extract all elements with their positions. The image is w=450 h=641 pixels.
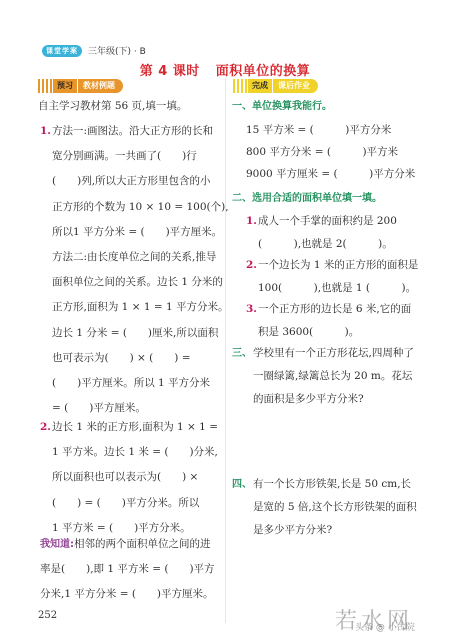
part2-q2: 一个边长为 1 米的正方形的面积是 100( ),也就是 1 ( )。 [258,259,418,295]
stripes-decoration [233,79,247,93]
q1-line: 方法二:由长度单位之间的关系,推导 [52,251,229,264]
part2-q3: 一个正方形的边长是 6 米,它的面 积是 3600( )。 [258,303,411,339]
stripes-decoration [38,79,52,93]
q2-line: ( ) = ( )平方分米。所以 [52,497,218,510]
series-badge: 课堂学案 [42,45,82,57]
q2-line: 1 平方米 = ( )平方分米。 [52,522,218,535]
q2-line: 所以面积也可以表示为( ) × [52,471,218,484]
q2-body: 边长 1 米的正方形,面积为 1 × 1 = 1 平方米。边长 1 米 = ( … [52,421,218,535]
page-title: 第 4 课时面积单位的换算 [0,60,450,79]
q2-line: 边长 1 米的正方形,面积为 1 × 1 = [52,421,218,434]
q2-number: 2. [40,421,51,434]
q1-line: ( )平方厘米。所以 1 平方分米 [52,377,229,390]
complete-tag: 完成 [247,78,273,94]
know-line: 分米,1 平方分米 = ( )平方厘米。 [40,588,215,601]
part3-body: 学校里有一个正方形花坛,四周种了 一圈绿篱,绿篱总长为 20 m。花坛 的面积是… [253,347,414,406]
conversion-item: 15 平方米 = ( )平方分米 [246,124,415,137]
q1-number: 1. [40,125,51,138]
homework-tag: 课后作业 [273,79,318,93]
conversion-item: 9000 平方厘米 = ( )平方分米 [246,168,415,181]
part2-q1: 成人一个手掌的面积约是 200 ( ),也就是 2( )。 [258,215,397,251]
q2-line: 1 平方米。边长 1 米 = ( )分米, [52,446,218,459]
page-number: 252 [38,610,57,621]
q1-line: 正方形,面积为 1 × 1 = 1 平方分米。 [52,301,229,314]
part3-line: 学校里有一个正方形花坛,四周种了 [253,347,414,360]
q1-line: 边长 1 分米 = ( )厘米,所以面积 [52,327,229,340]
grade-label: 三年级(下) · B [88,44,146,57]
part4-line: 是多少平方分米? [253,524,417,537]
know-line: 相邻的两个面积单位之间的进 [74,538,211,550]
part2-q3-number: 3. [246,303,257,316]
know-line: 率是( ),即 1 平方米 = ( )平方 [40,563,215,576]
know-box: 我知道:相邻的两个面积单位之间的进 率是( ),即 1 平方米 = ( )平方 … [40,538,215,601]
watermark-caption: 头条 @ 小古院 [355,620,415,633]
part2-q2-line: 100( ),也就是 1 ( )。 [258,282,418,295]
column-divider [225,78,226,623]
q1-line: ( )列,所以大正方形里包含的小 [52,175,229,188]
lesson-title: 面积单位的换算 [216,64,311,79]
part2-q1-number: 1. [246,215,257,228]
part4-line: 是宽的 5 倍,这个长方形铁架的面积 [253,501,417,514]
part2-q3-line: 一个正方形的边长是 6 米,它的面 [258,303,411,316]
part3-line: 的面积是多少平方分米? [253,393,414,406]
q1-line: 正方形的个数为 10 × 10 = 100(个), [52,201,229,214]
q1-line: 也可表示为( ) × ( ) = [52,352,229,365]
q1-line: 所以1 平方分米 = ( )平方厘米。 [52,226,229,239]
part2-q2-line: 一个边长为 1 米的正方形的面积是 [258,259,418,272]
part3-line: 一圈绿篱,绿篱总长为 20 m。花坛 [253,370,414,383]
q1-line: 宽分别画满。一共画了( )行 [52,150,229,163]
textbook-example-tag: 教材例题 [78,79,123,93]
know-label: 我知道: [40,539,74,550]
q1-body: 方法一:画图法。沿大正方形的长和 宽分别画满。一共画了( )行 ( )列,所以大… [52,125,229,415]
q1-line: 方法一:画图法。沿大正方形的长和 [52,125,229,138]
part1-title: 一、单位换算我能行。 [232,100,332,113]
part3-label: 三、 [232,347,252,360]
q1-line: = ( )平方厘米。 [52,402,229,415]
part2-q1-line: ( ),也就是 2( )。 [258,238,397,251]
conversion-item: 800 平方分米 = ( )平方米 [246,146,415,159]
part2-q2-number: 2. [246,259,257,272]
part4-body: 有一个长方形铁架,长是 50 cm,长 是宽的 5 倍,这个长方形铁架的面积 是… [253,478,417,537]
part2-title: 二、选用合适的面积单位填一填。 [232,192,382,205]
preview-tag: 预习 [52,78,78,94]
part2-q1-line: 成人一个手掌的面积约是 200 [258,215,397,228]
lesson-number: 第 4 课时 [140,64,200,79]
part1-items: 15 平方米 = ( )平方分米 800 平方分米 = ( )平方米 9000 … [246,124,415,181]
part2-q3-line: 积是 3600( )。 [258,326,411,339]
homework-section-header: 完成 课后作业 [233,79,318,93]
part4-line: 有一个长方形铁架,长是 50 cm,长 [253,478,417,491]
intro-text: 自主学习教材第 56 页,填一填。 [38,100,187,113]
q1-line: 面积单位之间的关系。边长 1 分米的 [52,276,229,289]
part4-label: 四、 [232,478,252,491]
preview-section-header: 预习 教材例题 [38,79,123,93]
